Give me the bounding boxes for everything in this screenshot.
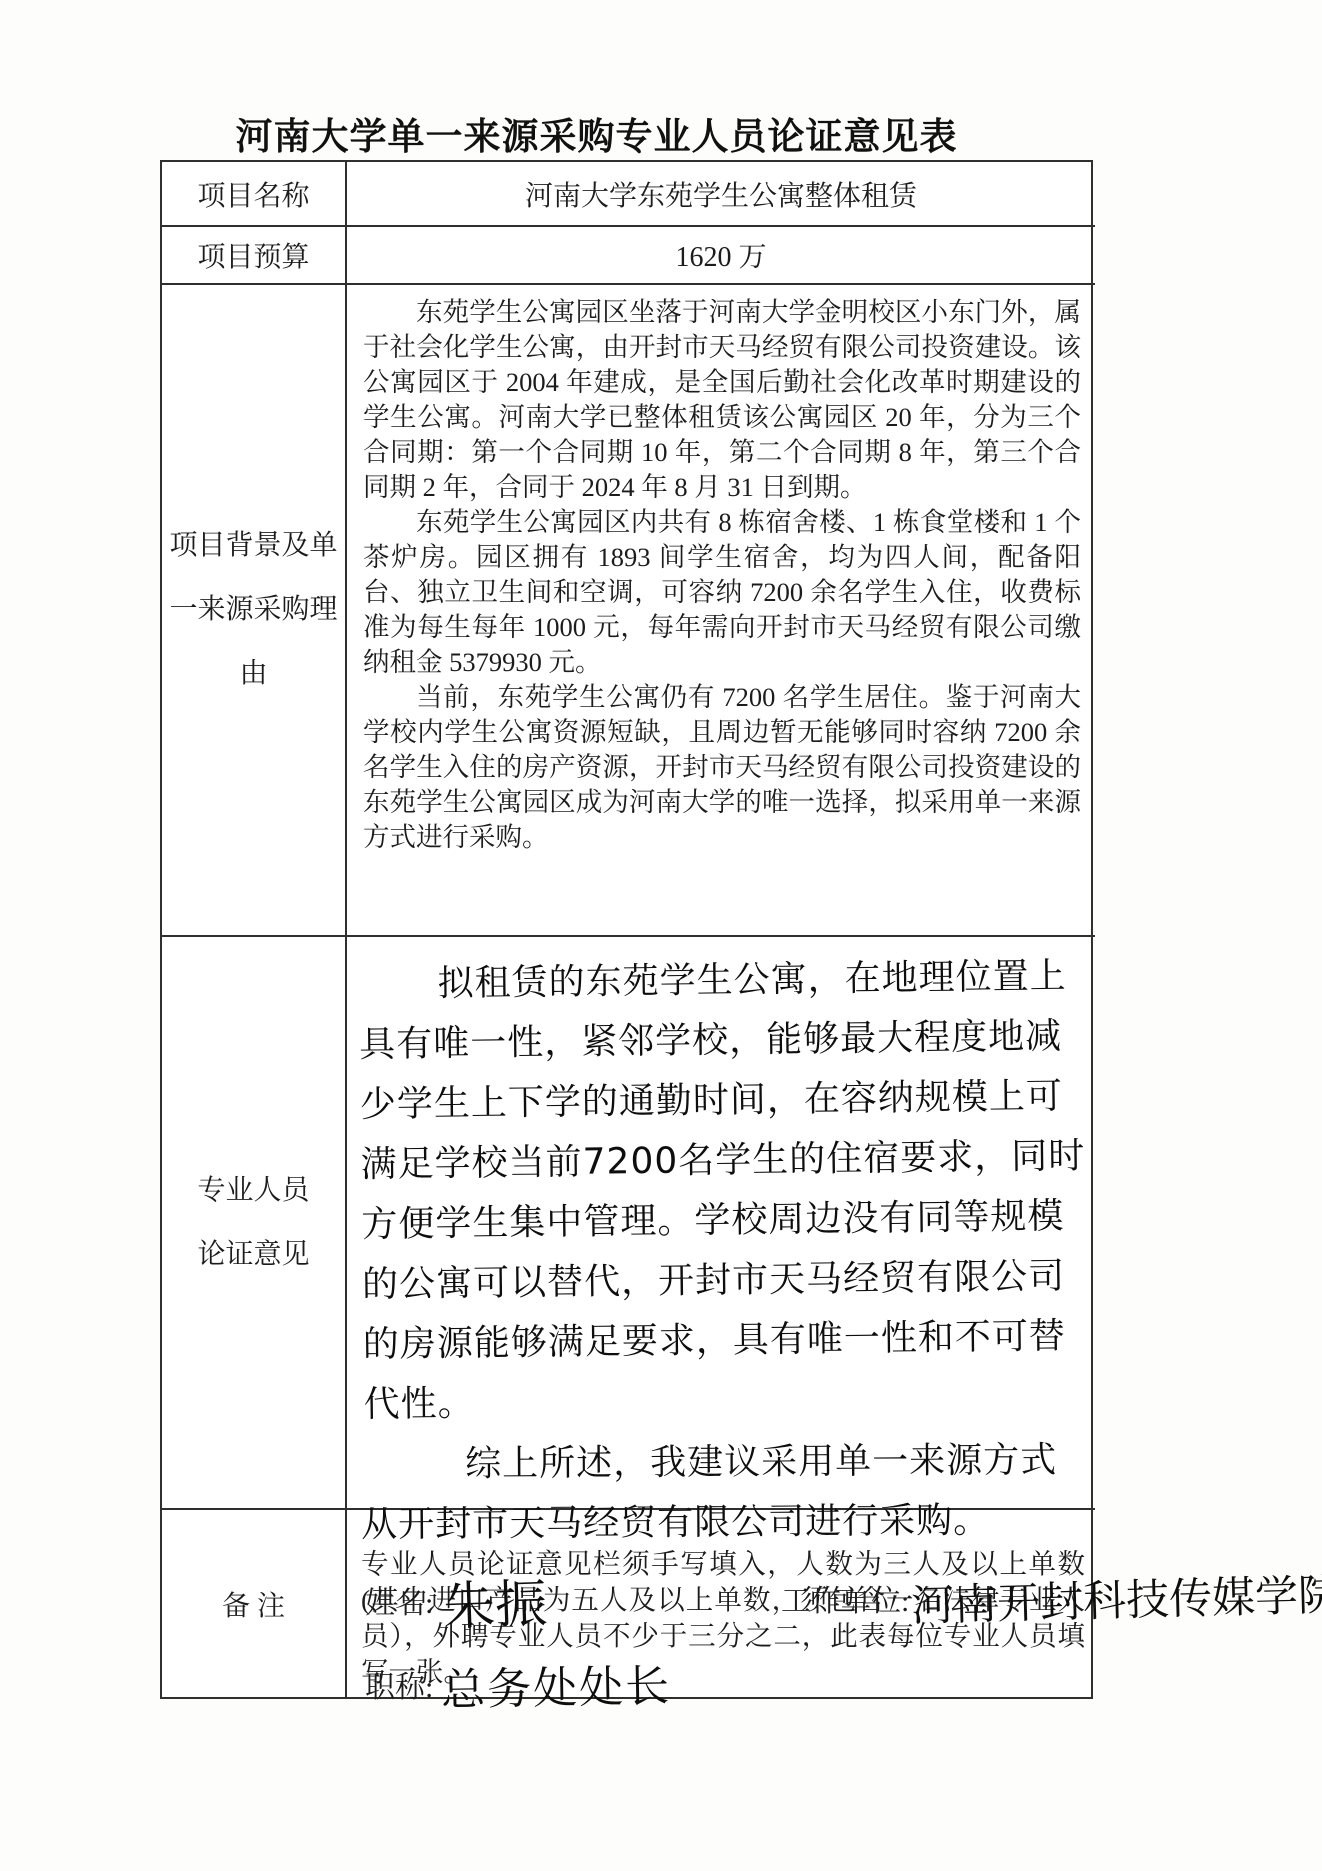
remark-label-text: 备 注 — [222, 1584, 285, 1624]
project-budget-label: 项目预算 — [162, 227, 347, 285]
background-text: 东苑学生公寓园区坐落于河南大学金明校区小东门外，属于社会化学生公寓，由开封市天马… — [347, 285, 1095, 937]
work-unit-label: 工作单位: — [781, 1576, 909, 1620]
project-name-label: 项目名称 — [162, 162, 347, 227]
page-title: 河南大学单一来源采购专业人员论证意见表 — [130, 106, 1063, 160]
project-name-label-text: 项目名称 — [197, 174, 309, 214]
background-paragraph-1: 东苑学生公寓园区坐落于河南大学金明校区小东门外，属于社会化学生公寓，由开封市天马… — [363, 295, 1081, 505]
project-budget-value-text: 1620 万 — [675, 235, 766, 275]
work-unit-signature: 河南开封科技传媒学院 — [911, 1561, 1322, 1633]
background-label-line3: 由 — [239, 642, 267, 706]
job-title-line: 职称: 总务处处长 — [365, 1649, 1091, 1719]
project-budget-label-text: 项目预算 — [197, 235, 309, 275]
opinion-content: 拟租赁的东苑学生公寓，在地理位置上具有唯一性，紧邻学校，能够最大程度地减少学生上… — [347, 937, 1095, 1510]
name-label: 姓名: — [365, 1578, 433, 1622]
background-label-line2: 一来源采购理 — [169, 578, 337, 642]
opinion-form-table: 项目名称 河南大学东苑学生公寓整体租赁 项目预算 1620 万 项目背景及单 一… — [160, 160, 1093, 1699]
name-signature: 朱振 — [442, 1561, 549, 1640]
background-paragraph-2: 东苑学生公寓园区内共有 8 栋宿舍楼、1 栋食堂楼和 1 个茶炉房。园区拥有 1… — [363, 505, 1081, 680]
opinion-label-line1: 专业人员 — [197, 1159, 309, 1223]
opinion-handwritten-paragraph-2: 综上所述，我建议采用单一来源方式从开封市天马经贸有限公司进行采购。 — [361, 1430, 1090, 1555]
work-unit-line: 工作单位: 河南开封科技传媒学院 — [781, 1567, 1322, 1628]
background-label-line1: 项目背景及单 — [169, 514, 337, 578]
remark-label: 备 注 — [162, 1510, 347, 1697]
project-budget-value: 1620 万 — [347, 227, 1095, 285]
background-label: 项目背景及单 一来源采购理 由 — [162, 285, 347, 937]
signature-line: 姓名: 朱振 工作单位: 河南开封科技传媒学院 — [365, 1557, 1091, 1643]
background-paragraph-3: 当前，东苑学生公寓仍有 7200 名学生居住。鉴于河南大学校内学生公寓资源短缺，… — [363, 680, 1081, 855]
project-name-value: 河南大学东苑学生公寓整体租赁 — [347, 162, 1095, 227]
job-title-label: 职称: — [365, 1662, 433, 1706]
project-name-value-text: 河南大学东苑学生公寓整体租赁 — [525, 174, 917, 214]
job-title-signature: 总务处处长 — [441, 1650, 672, 1718]
opinion-label-line2: 论证意见 — [197, 1223, 309, 1287]
opinion-handwritten-paragraph-1: 拟租赁的东苑学生公寓，在地理位置上具有唯一性，紧邻学校，能够最大程度地减少学生上… — [358, 947, 1092, 1436]
opinion-label: 专业人员 论证意见 — [162, 937, 347, 1510]
